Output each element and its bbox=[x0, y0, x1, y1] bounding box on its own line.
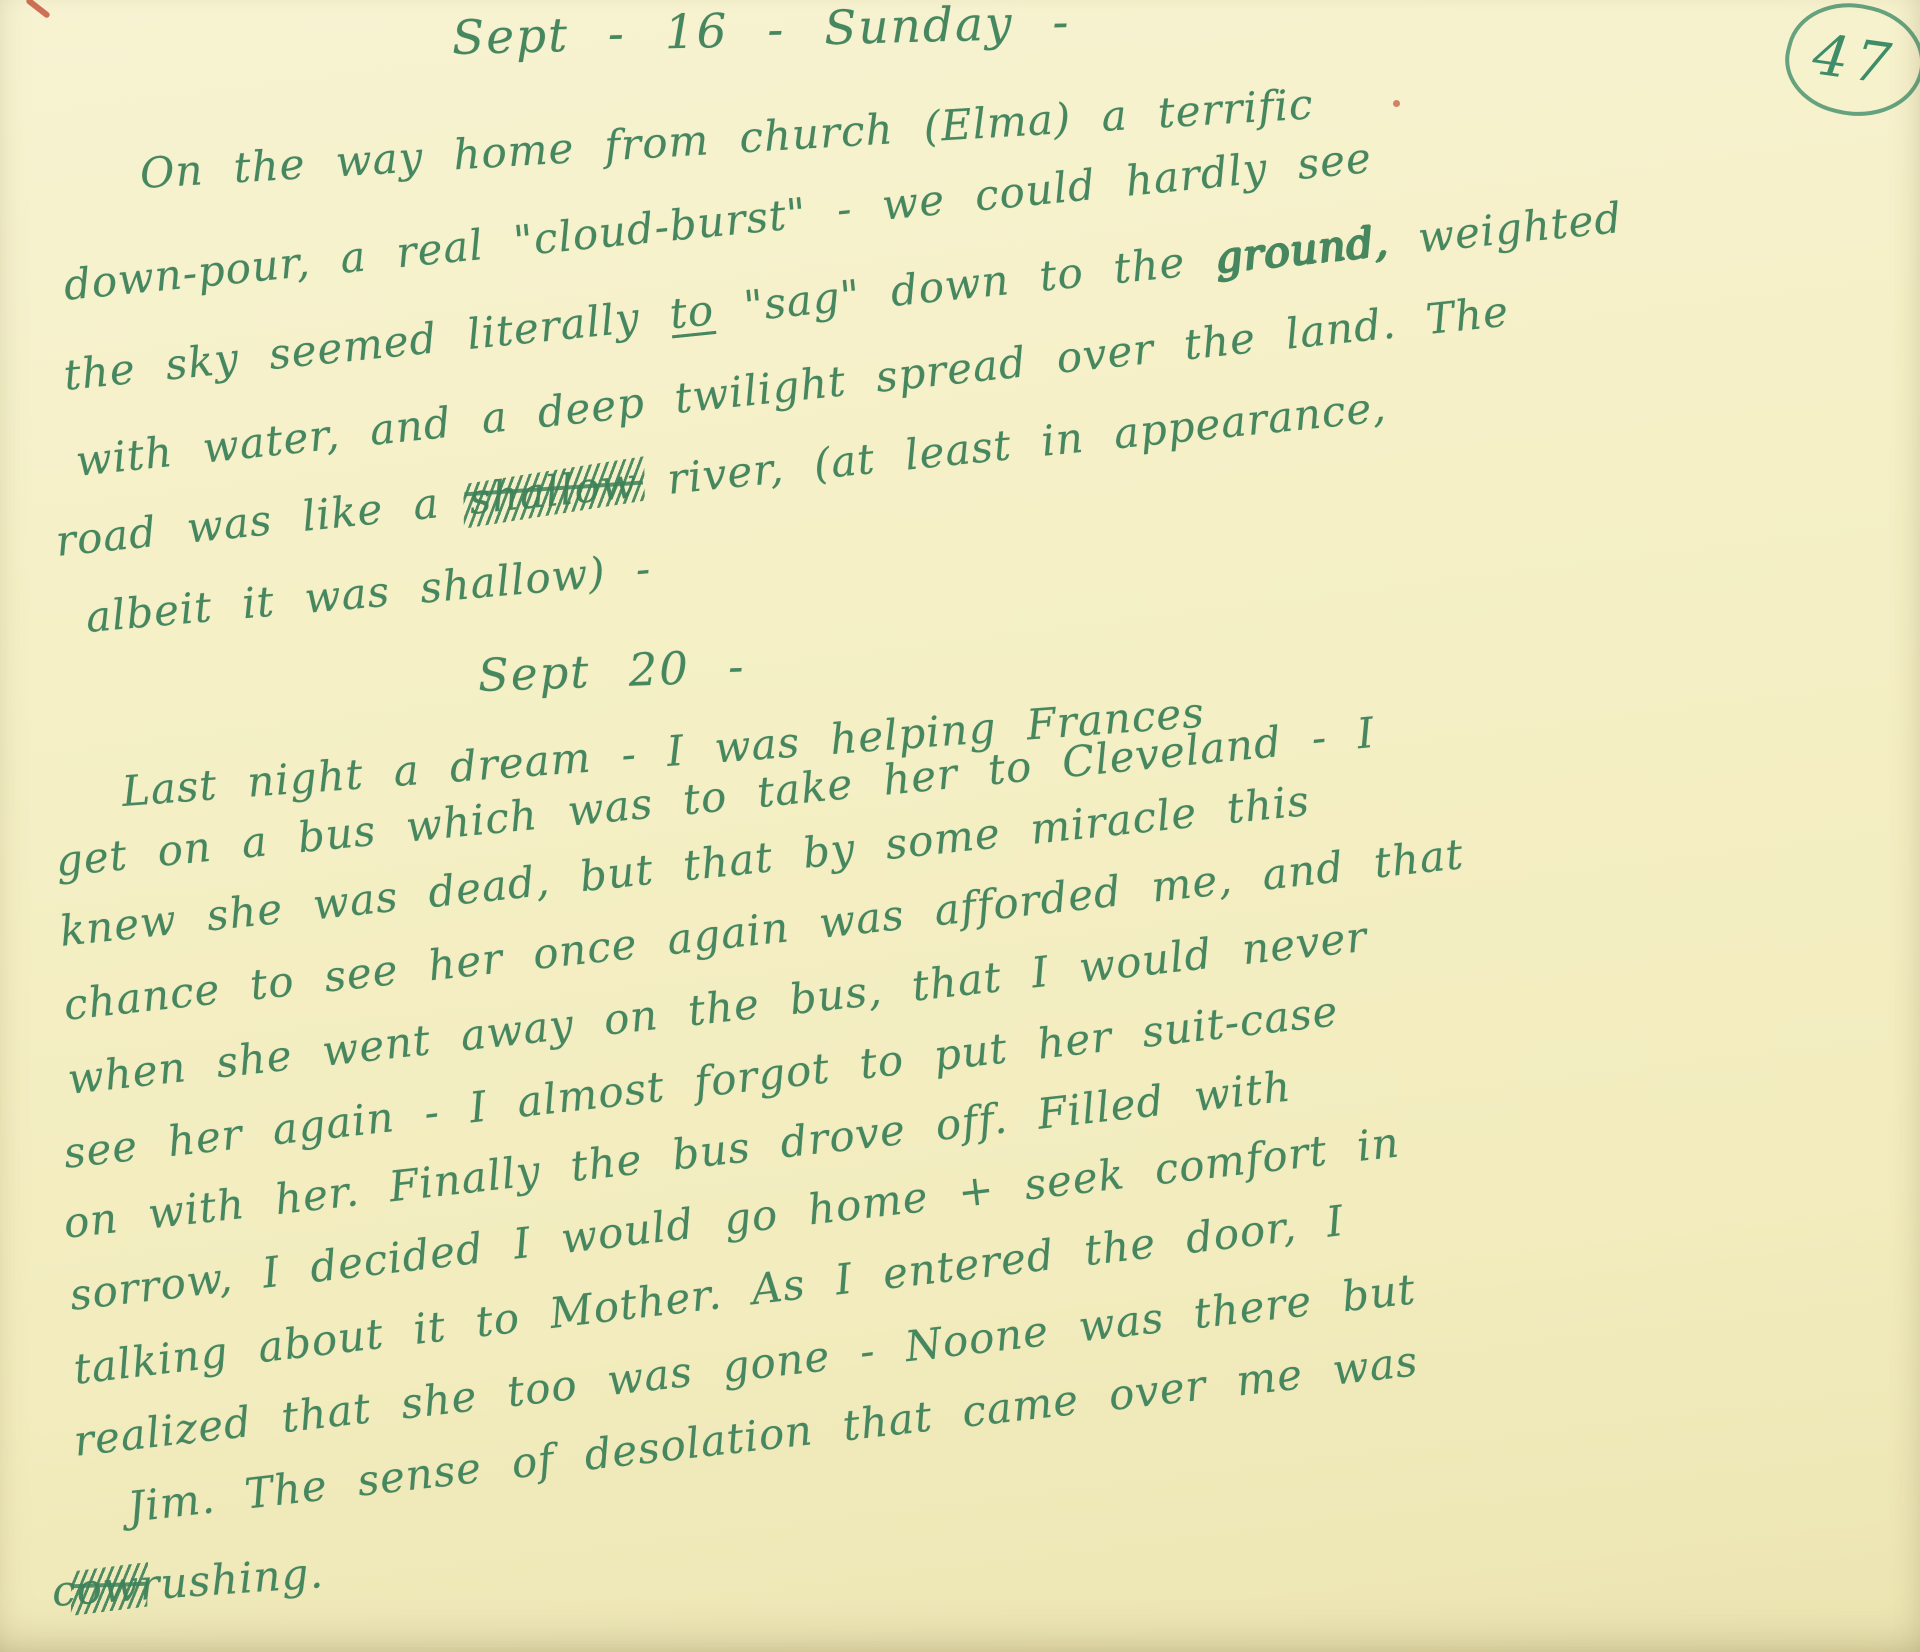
text-segment: weighted bbox=[1385, 193, 1624, 266]
handwritten-line: albeit it was shallow) - bbox=[84, 545, 653, 643]
underlined-word: to bbox=[667, 285, 716, 338]
overwritten-word: ground, bbox=[1213, 217, 1391, 283]
red-ink-dot bbox=[1393, 100, 1400, 107]
text-segment: albeit it was shallow) - bbox=[84, 544, 653, 642]
diary-page: 47 Sept - 16 - Sunday -On the way home f… bbox=[0, 0, 1920, 1652]
handwritten-line: cowrushing. bbox=[50, 1549, 325, 1616]
scribbled-out-word: ow bbox=[75, 1562, 141, 1615]
entry-heading: Sept 20 - bbox=[477, 641, 746, 702]
scribbled-out-word: shallow bbox=[467, 459, 640, 524]
red-ink-speck bbox=[25, 0, 51, 19]
text-segment: rushing. bbox=[138, 1548, 325, 1610]
text-segment: "sag" down to the bbox=[711, 234, 1217, 334]
page-number-badge: 47 bbox=[1775, 0, 1920, 131]
page-number: 47 bbox=[1809, 22, 1901, 98]
text-segment: road was like a bbox=[53, 475, 471, 566]
entry-heading: Sept - 16 - Sunday - bbox=[451, 0, 1071, 66]
